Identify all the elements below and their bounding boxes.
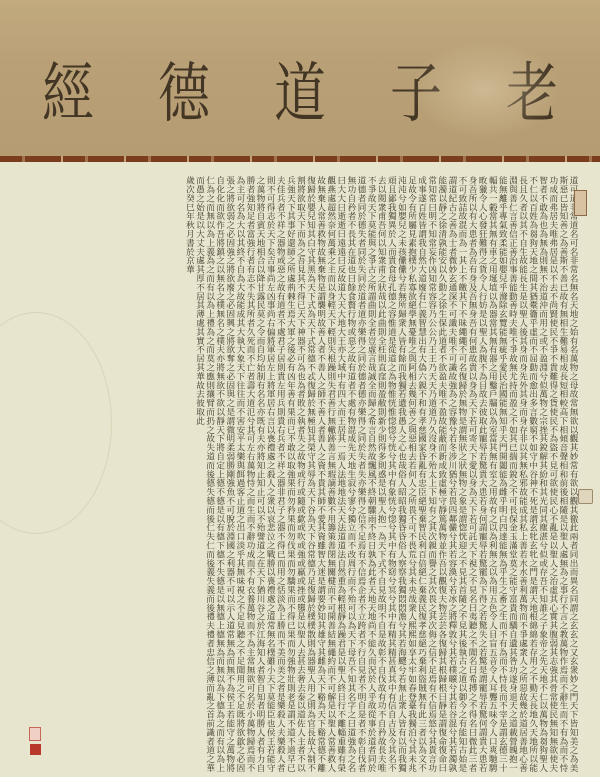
title-char-5: 經 xyxy=(42,41,94,135)
seal-right-middle xyxy=(578,489,593,504)
calligraphy-text: 道可道非常道名可名非常名無名天地之始有名萬物之母故常無欲以觀其妙常有欲以觀其徼此… xyxy=(18,176,578,776)
calligraphy-paper: 道可道非常道名可名非常名無名天地之始有名萬物之母故常無欲以觀其妙常有欲以觀其徼此… xyxy=(0,162,600,777)
title-char-3: 道 xyxy=(274,41,326,135)
seal-bottom-left-lower xyxy=(30,744,41,755)
seal-top-right xyxy=(574,190,587,216)
colophon: 歲次癸巳年秋月書於京華 xyxy=(184,176,194,776)
title-char-2: 子 xyxy=(390,41,442,135)
title-char-1: 老 xyxy=(506,41,558,135)
seal-bottom-left-upper xyxy=(29,727,41,741)
main-text: 道可道非常道名可名非常名無名天地之始有名萬物之母故常無欲以觀其妙常有欲以觀其徼此… xyxy=(194,176,578,776)
title-char-4: 德 xyxy=(158,41,210,135)
title-row: 老 子 道 德 經 xyxy=(0,45,600,130)
title-band: 老 子 道 德 經 xyxy=(0,0,600,158)
